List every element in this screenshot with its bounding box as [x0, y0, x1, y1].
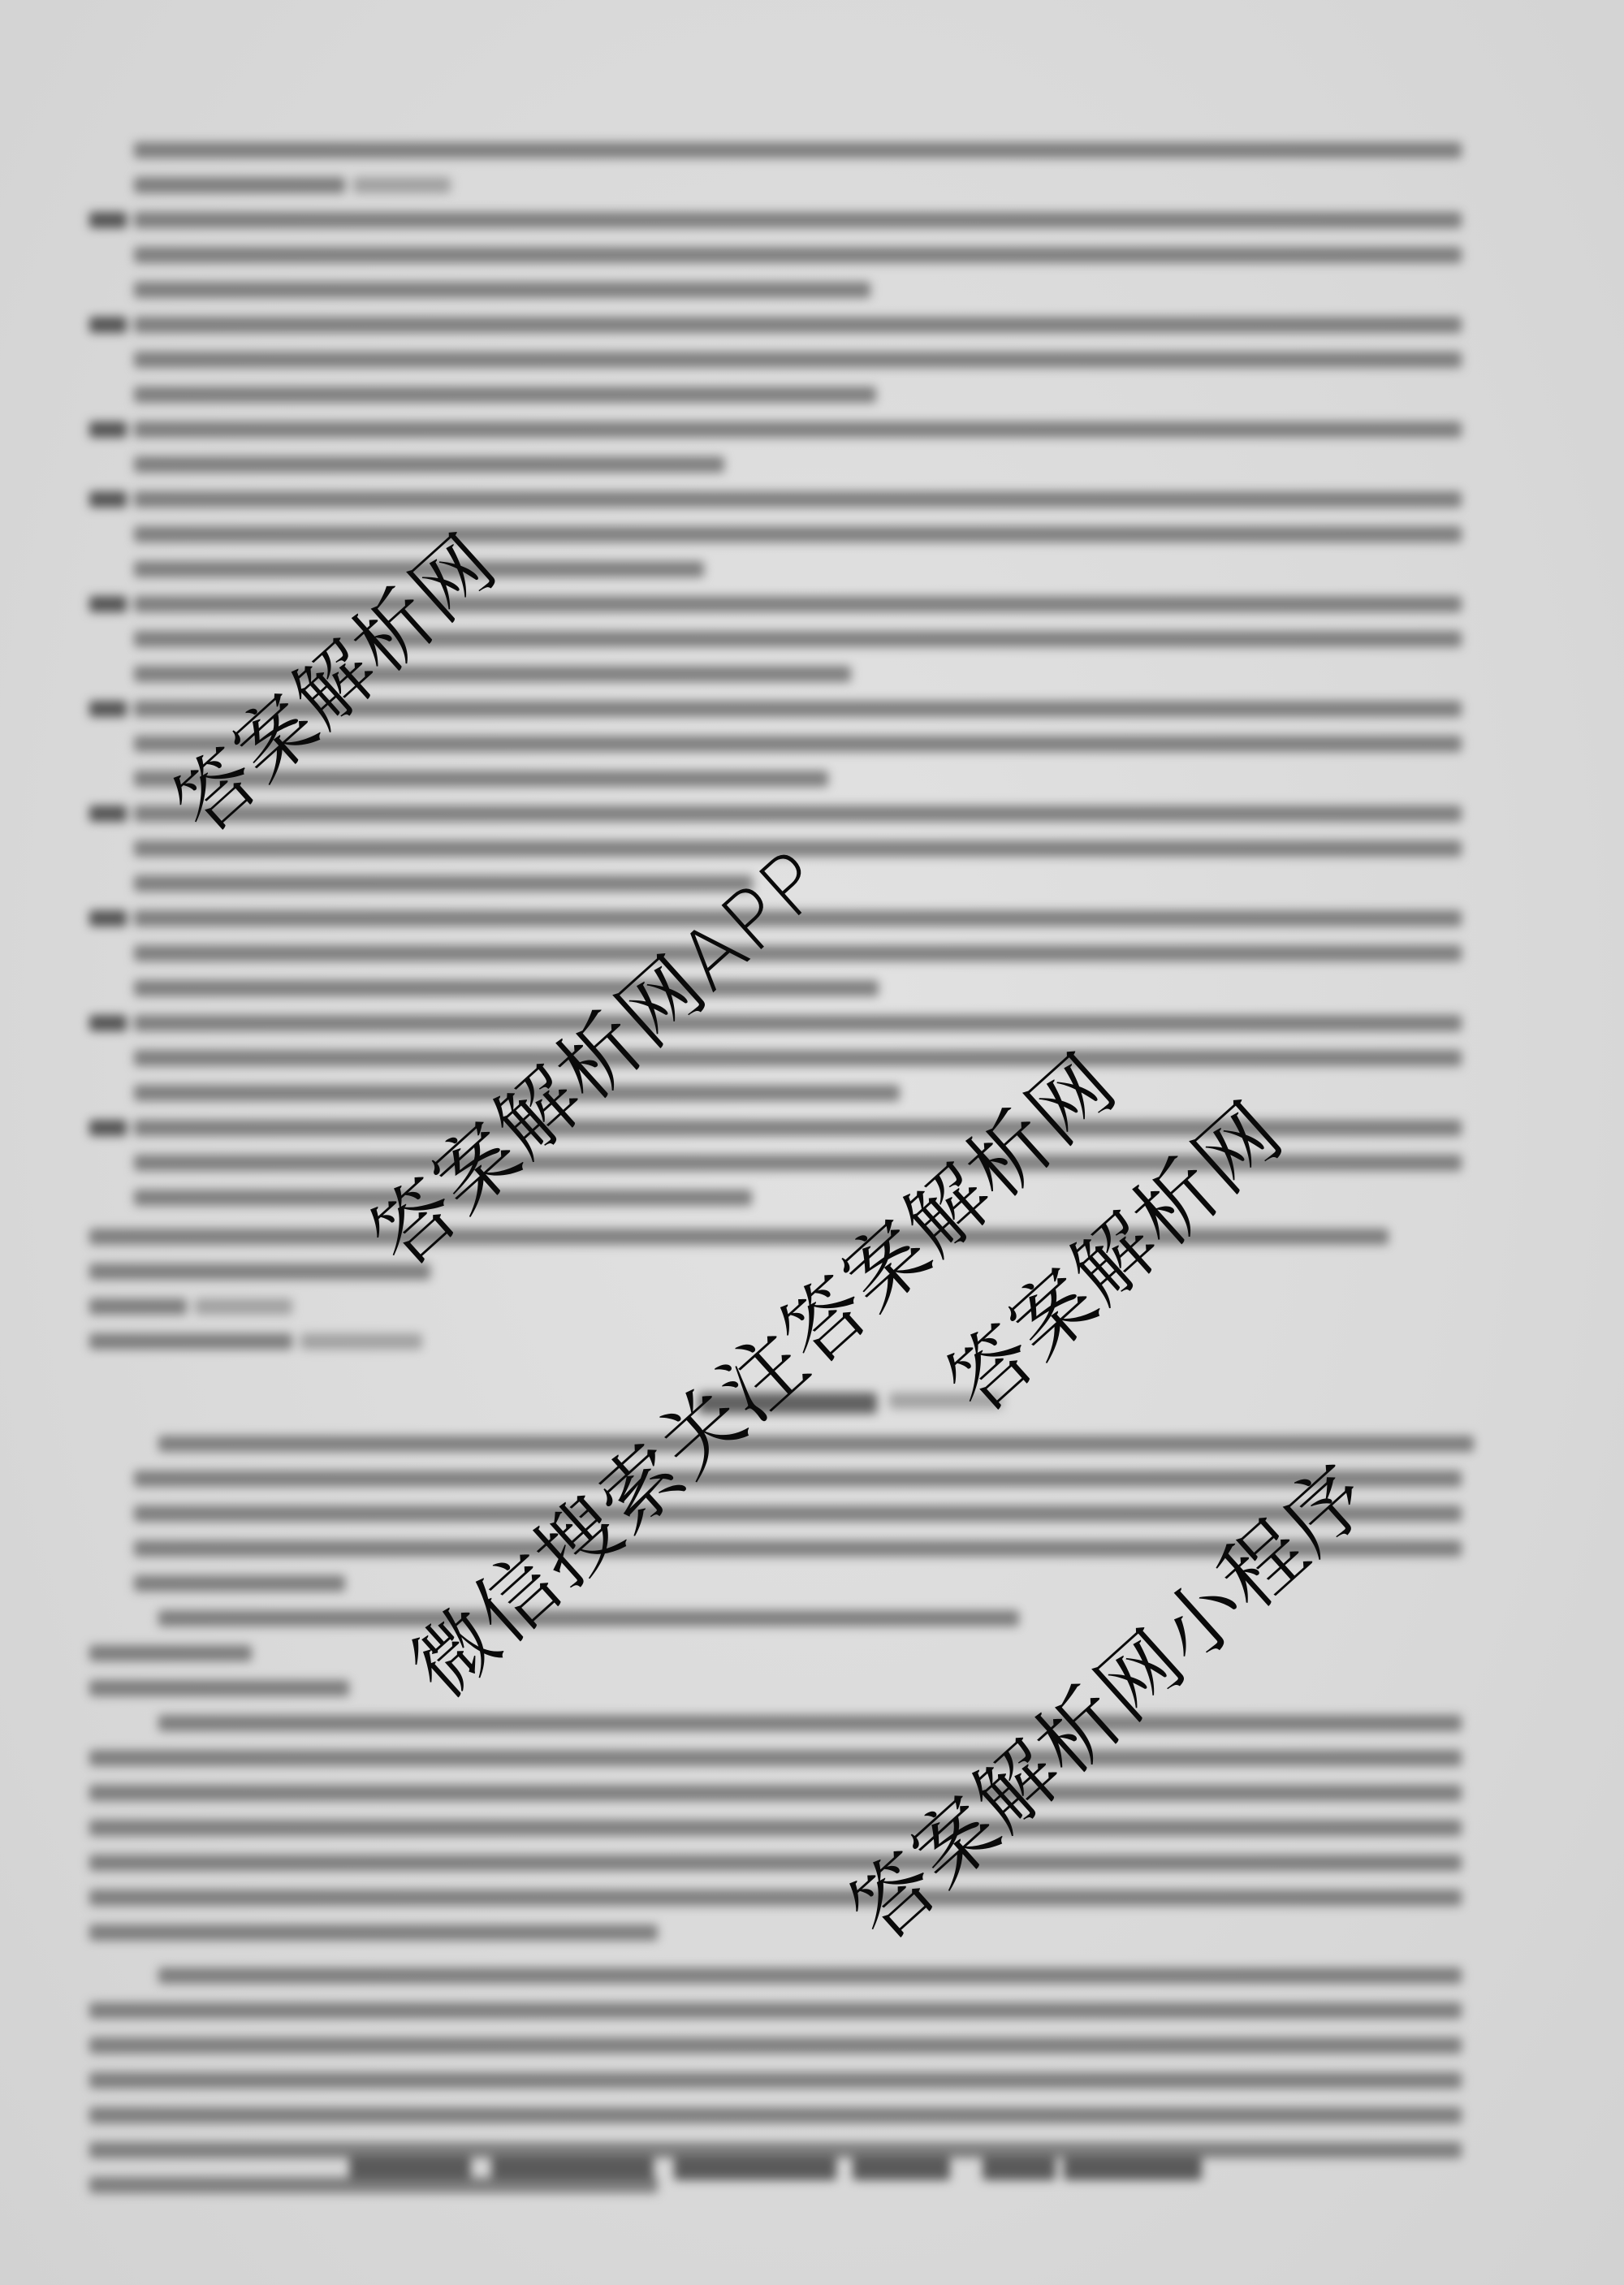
blurred-line — [134, 247, 1462, 263]
blurred-line — [89, 1855, 1462, 1871]
question-number — [89, 701, 127, 717]
question-number — [89, 1120, 127, 1136]
blurred-line — [158, 1436, 1474, 1452]
blurred-line — [89, 1263, 430, 1280]
blurred-line — [134, 317, 1462, 333]
blurred-line — [89, 1645, 252, 1661]
blurred-line — [134, 282, 870, 298]
blurred-line — [134, 387, 876, 403]
blurred-line — [134, 1015, 1462, 1031]
question-number — [89, 212, 127, 228]
blurred-line — [134, 421, 1462, 438]
question-number — [89, 596, 127, 612]
question-number — [89, 491, 127, 508]
blurred-line — [89, 2002, 1462, 2019]
page-footer — [349, 2156, 1202, 2180]
blurred-line — [158, 1715, 1462, 1731]
blurred-line — [134, 875, 753, 892]
question-number — [89, 421, 127, 438]
question-number — [89, 1015, 127, 1031]
blurred-line — [134, 142, 1462, 158]
blurred-line — [89, 1298, 187, 1315]
question-number — [89, 910, 127, 927]
blurred-text-body — [0, 0, 1624, 2285]
blurred-line — [89, 2072, 1462, 2088]
blurred-line — [134, 491, 1462, 508]
blurred-line — [134, 212, 1462, 228]
blurred-line — [89, 1924, 658, 1941]
blurred-line — [134, 456, 724, 473]
blurred-line — [195, 1298, 292, 1315]
blurred-line — [134, 1050, 1462, 1066]
blurred-line — [89, 1333, 292, 1350]
blurred-line — [158, 1968, 1462, 1984]
blurred-line — [89, 1750, 1462, 1766]
blurred-line — [353, 177, 451, 193]
blurred-line — [89, 1680, 349, 1696]
blurred-line — [89, 1820, 1462, 1836]
blurred-line — [89, 2037, 1462, 2054]
blurred-line — [134, 177, 345, 193]
blurred-line — [158, 1610, 1019, 1626]
blurred-line — [134, 806, 1462, 822]
question-number — [89, 317, 127, 333]
blurred-line — [134, 1575, 345, 1592]
blurred-line — [300, 1333, 422, 1350]
blurred-line — [134, 352, 1462, 368]
blurred-line — [134, 980, 879, 996]
blurred-line — [134, 526, 1462, 542]
blurred-line — [134, 666, 851, 682]
question-number — [89, 806, 127, 822]
blurred-line — [89, 1785, 1462, 1801]
blurred-line — [89, 1890, 1462, 1906]
document-page: 答案解析网 答案解析网APP 答案解析网 微信搜索关注答案解析网 答案解析网小程… — [0, 0, 1624, 2285]
blurred-line — [89, 2107, 1462, 2123]
